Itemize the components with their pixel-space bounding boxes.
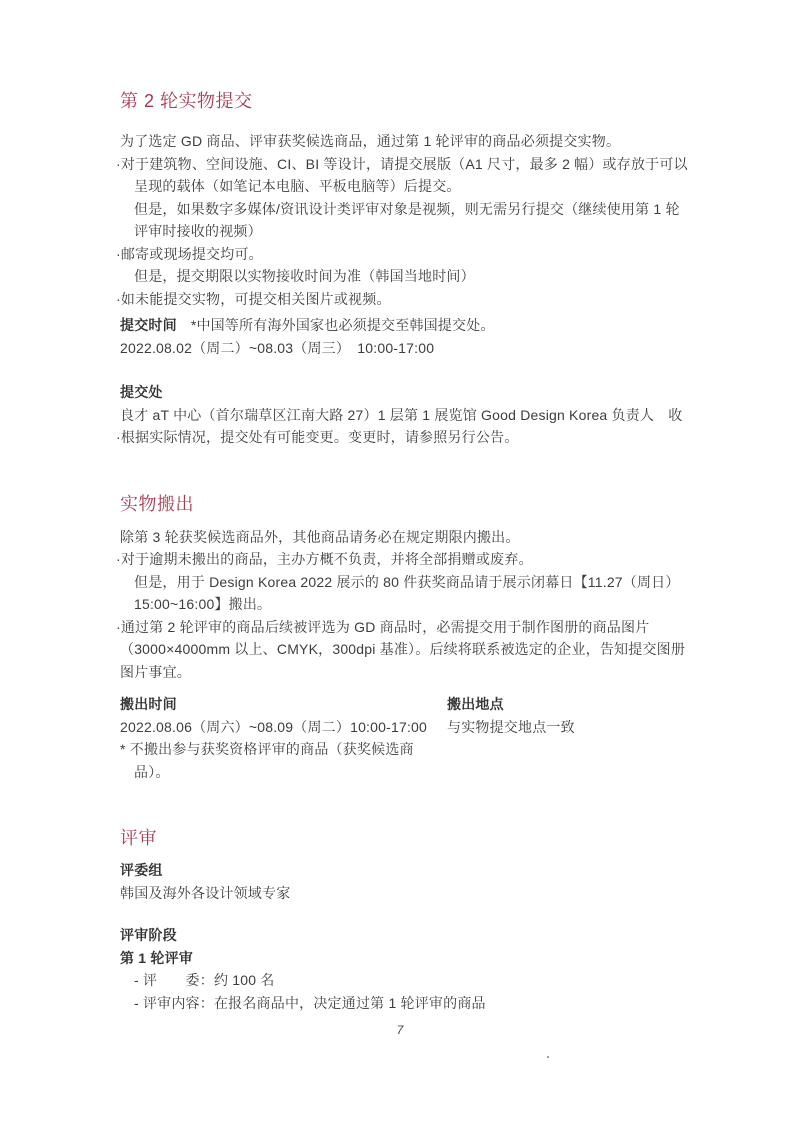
page-content: 第 2 轮实物提交 为了选定 GD 商品、评审获奖候选商品，通过第 1 轮评审的…	[120, 88, 740, 1014]
paragraph-line: 15:00~16:00】搬出。	[120, 593, 740, 616]
bullet-line: ·对于逾期未搬出的商品，主办方概不负责，并将全部捐赠或废弃。	[116, 548, 740, 571]
moveout-paragraph: 除第 3 轮获奖候选商品外，其他商品请务必在规定期限内搬出。 ·对于逾期未搬出的…	[120, 526, 740, 684]
paragraph-line: 但是，如果数字多媒体/资讯设计类评审对象是视频，则无需另行提交（继续使用第 1 …	[120, 198, 740, 221]
round1-item: - 评 委：约 100 名	[120, 969, 740, 992]
bullet-line: ·如未能提交实物，可提交相关图片或视频。	[116, 288, 740, 311]
round1-label: 第 1 轮评审	[120, 947, 740, 970]
moveout-place-value: 与实物提交地点一致	[447, 716, 575, 739]
paragraph-line: 为了选定 GD 商品、评审获奖候选商品，通过第 1 轮评审的商品必须提交实物。	[120, 130, 740, 153]
document-page: 第 2 轮实物提交 为了选定 GD 商品、评审获奖候选商品，通过第 1 轮评审的…	[0, 0, 800, 1130]
section-title-moveout: 实物搬出	[120, 491, 740, 517]
moveout-place-label: 搬出地点	[447, 693, 575, 716]
bullet-line: ·通过第 2 轮评审的商品后续被评选为 GD 商品时，必需提交用于制作图册的商品…	[116, 616, 740, 639]
moveout-schedule-row: 搬出时间 2022.08.06（周六）~08.09（周二）10:00-17:00…	[120, 693, 740, 783]
submission-time-note: *中国等所有海外国家也必须提交至韩国提交处。	[191, 317, 495, 333]
paragraph-line: 但是，提交期限以实物接收时间为准（韩国当地时间）	[120, 265, 740, 288]
moveout-place-block: 搬出地点 与实物提交地点一致	[447, 693, 575, 783]
round2-intro-paragraph: 为了选定 GD 商品、评审获奖候选商品，通过第 1 轮评审的商品必须提交实物。 …	[120, 130, 740, 310]
section-title-review: 评审	[120, 825, 740, 851]
submission-time-value: 2022.08.02（周二）~08.03（周三） 10:00-17:00	[120, 337, 740, 360]
submission-time-row: 提交时间*中国等所有海外国家也必须提交至韩国提交处。	[120, 314, 740, 337]
paragraph-line: 但是，用于 Design Korea 2022 展示的 80 件获奖商品请于展示…	[120, 571, 740, 594]
submission-time-block: 提交时间*中国等所有海外国家也必须提交至韩国提交处。 2022.08.02（周二…	[120, 314, 740, 359]
paragraph-line: 除第 3 轮获奖候选商品外，其他商品请务必在规定期限内搬出。	[120, 526, 740, 549]
section-title-round2-submission: 第 2 轮实物提交	[120, 88, 740, 114]
submission-time-label: 提交时间	[120, 317, 177, 333]
moveout-time-value: 2022.08.06（周六）~08.09（周二）10:00-17:00	[120, 716, 447, 739]
submission-place-label: 提交处	[120, 381, 740, 404]
jury-label: 评委组	[120, 859, 740, 882]
bullet-line: ·邮寄或现场提交均可。	[116, 243, 740, 266]
moveout-time-note-cont: 品）。	[120, 761, 447, 784]
round1-item: - 评审内容：在报名商品中，决定通过第 1 轮评审的商品	[120, 992, 740, 1015]
review-stage-label: 评审阶段	[120, 924, 740, 947]
submission-place-block: 提交处 良才 aT 中心（首尔瑞草区江南大路 27）1 层第 1 展览馆 Goo…	[120, 381, 740, 449]
jury-block: 评委组 韩国及海外各设计领域专家	[120, 859, 740, 904]
page-number: 7	[0, 1022, 800, 1038]
moveout-time-label: 搬出时间	[120, 693, 447, 716]
jury-value: 韩国及海外各设计领域专家	[120, 882, 740, 905]
submission-place-address: 良才 aT 中心（首尔瑞草区江南大路 27）1 层第 1 展览馆 Good De…	[120, 404, 740, 427]
stray-dot	[547, 1056, 549, 1058]
submission-place-note: ·根据实际情况，提交处有可能变更。变更时，请参照另行公告。	[116, 426, 740, 449]
paragraph-line: 图片事宜。	[120, 661, 740, 684]
paragraph-line: （3000×4000mm 以上、CMYK，300dpi 基准）。后续将联系被选定…	[120, 638, 740, 661]
paragraph-line: 评审时接收的视频）	[120, 220, 740, 243]
paragraph-line: 呈现的载体（如笔记本电脑、平板电脑等）后提交。	[120, 175, 740, 198]
moveout-time-block: 搬出时间 2022.08.06（周六）~08.09（周二）10:00-17:00…	[120, 693, 447, 783]
moveout-time-note: * 不搬出参与获奖资格评审的商品（获奖候选商	[120, 738, 447, 761]
bullet-line: ·对于建筑物、空间设施、CI、BI 等设计，请提交展版（A1 尺寸，最多 2 幅…	[116, 153, 740, 176]
review-stage-block: 评审阶段 第 1 轮评审 - 评 委：约 100 名 - 评审内容：在报名商品中…	[120, 924, 740, 1014]
